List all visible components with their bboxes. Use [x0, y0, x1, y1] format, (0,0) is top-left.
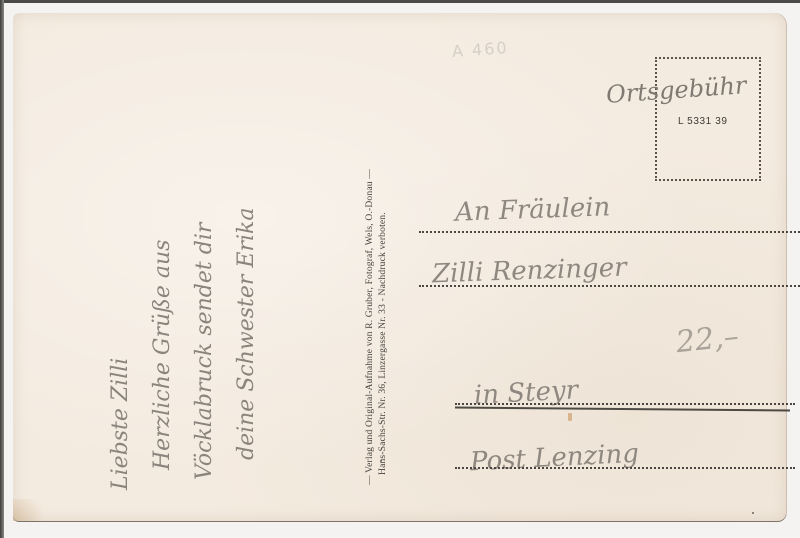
- paper-speck: [752, 512, 754, 514]
- address-rule-1: [419, 231, 800, 233]
- handwritten-message: Liebste Zilli Herzliche Grüße aus Vöckla…: [100, 100, 290, 500]
- stamp-code: L 5331 39: [678, 116, 728, 127]
- address-line-3: in Steyr: [473, 375, 579, 410]
- message-line: deine Schwester Erika: [226, 60, 268, 460]
- paper-speck: [380, 460, 382, 462]
- paper-speck: [568, 413, 572, 421]
- message-line: Herzliche Grüße aus: [142, 70, 184, 470]
- address-rule-2: [419, 285, 800, 287]
- address-rule-4: [455, 467, 795, 469]
- scanner-edge-top: [0, 0, 800, 3]
- scanner-edge-left: [0, 0, 4, 538]
- publisher-line-1: — Verlag und Original-Aufnahme von R. Gr…: [363, 55, 376, 485]
- publisher-line-2: Hans-Sachs-Str. Nr. 36, Linzergasse Nr. …: [376, 55, 389, 485]
- pencil-archive-note: A 460: [451, 38, 509, 61]
- publisher-imprint: — Verlag und Original-Aufnahme von R. Gr…: [363, 55, 391, 485]
- message-line: Vöcklabruck sendet dir: [184, 80, 226, 480]
- pencil-number: 22,–: [674, 319, 740, 360]
- address-line-1: An Fräulein: [455, 192, 611, 227]
- message-line: Liebste Zilli: [100, 90, 142, 490]
- address-rule-3: [455, 403, 795, 405]
